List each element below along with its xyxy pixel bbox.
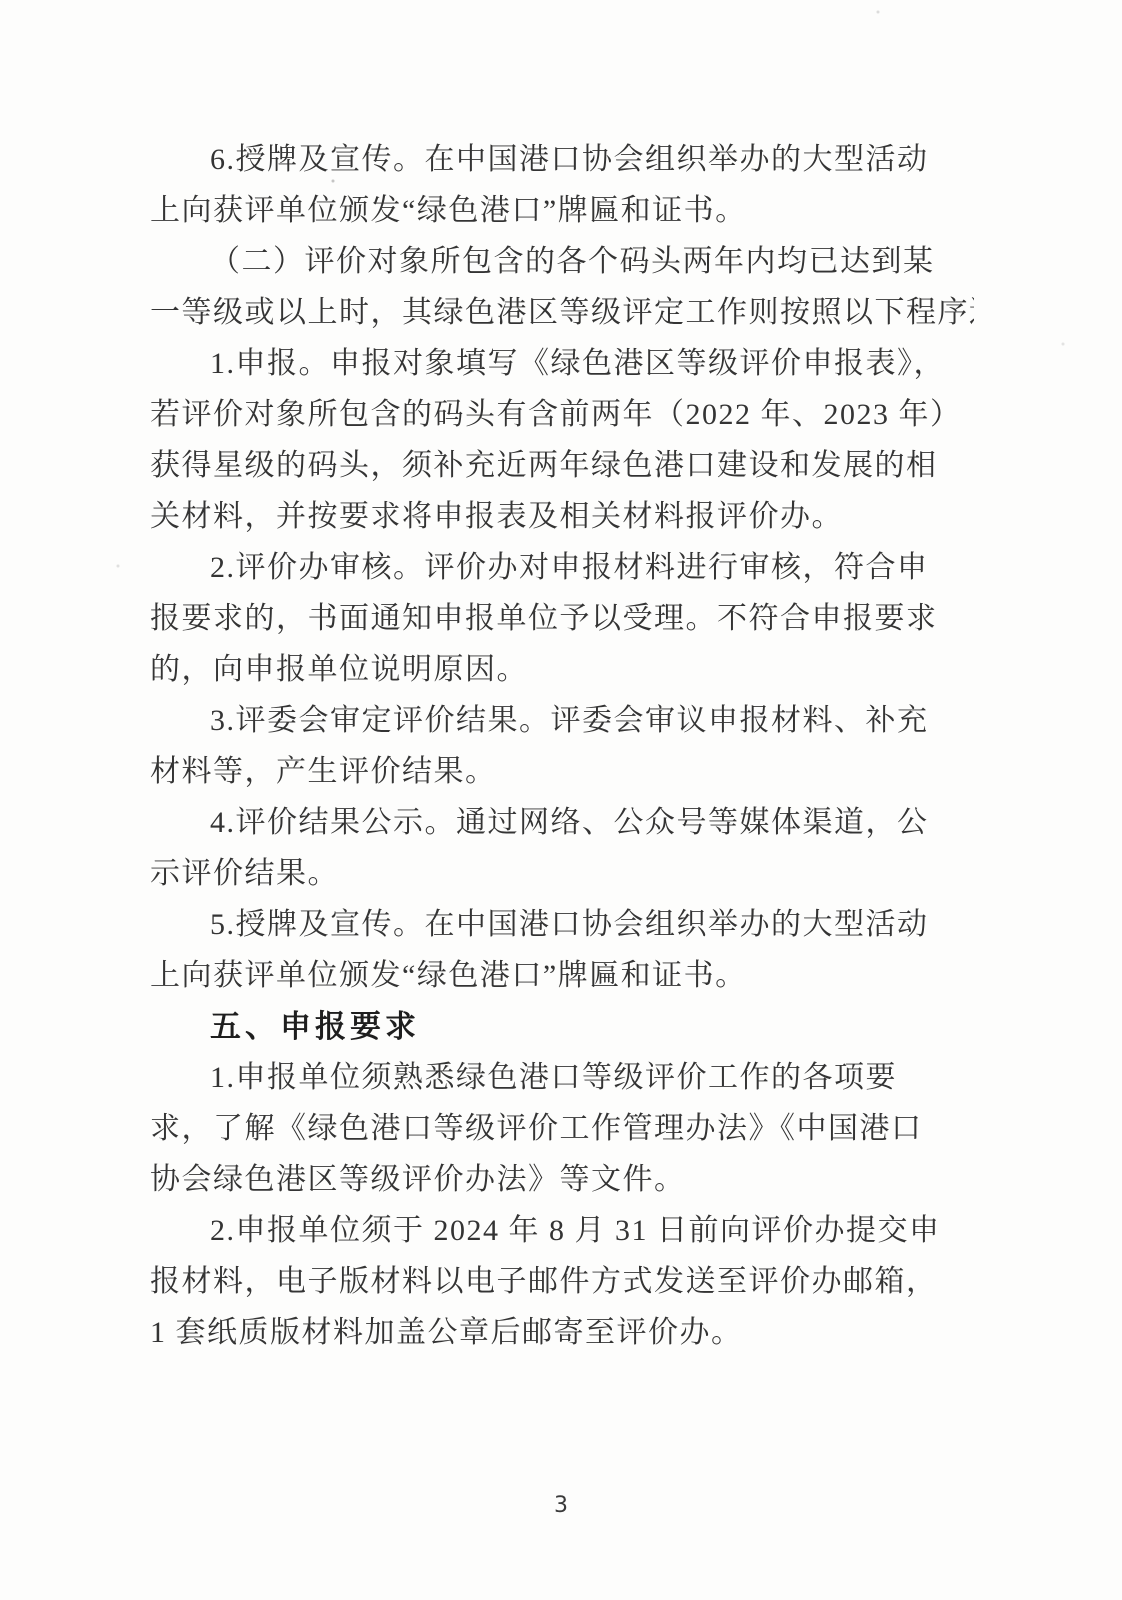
text-line: 获得星级的码头，须补充近两年绿色港口建设和发展的相 [150,440,974,491]
text-line: 2.申报单位须于 2024 年 8 月 31 日前向评价办提交申 [150,1205,974,1256]
text-line: 示评价结果。 [150,848,974,899]
text-line: 4.评价结果公示。通过网络、公众号等媒体渠道，公 [150,797,974,848]
text-line: 5.授牌及宣传。在中国港口协会组织举办的大型活动 [150,899,974,950]
text-line: 2.评价办审核。评价办对申报材料进行审核，符合申 [150,542,974,593]
text-line: 关材料，并按要求将申报表及相关材料报评价办。 [150,491,974,542]
page-number: 3 [554,1493,568,1518]
text-line: 1.申报。申报对象填写《绿色港区等级评价申报表》， [150,338,974,389]
text-line: 1 套纸质版材料加盖公章后邮寄至评价办。 [150,1307,974,1358]
text-line: 3.评委会审定评价结果。评委会审议申报材料、补充 [150,695,974,746]
text-line: 报材料，电子版材料以电子邮件方式发送至评价办邮箱， [150,1256,974,1307]
text-line: （二）评价对象所包含的各个码头两年内均已达到某 [150,236,974,287]
text-line: 材料等，产生评价结果。 [150,746,974,797]
page-footer: 3 [0,1486,1122,1526]
text-line: 报要求的，书面通知申报单位予以受理。不符合申报要求 [150,593,974,644]
text-line: 若评价对象所包含的码头有含前两年（2022 年、2023 年） [150,389,974,440]
text-line: 求，了解《绿色港口等级评价工作管理办法》《中国港口 [150,1103,974,1154]
text-line: 上向获评单位颁发“绿色港口”牌匾和证书。 [150,950,974,1001]
text-line: 的，向申报单位说明原因。 [150,644,974,695]
text-line: 协会绿色港区等级评价办法》等文件。 [150,1154,974,1205]
text-line: 一等级或以上时，其绿色港区等级评定工作则按照以下程序进行： [150,287,974,338]
text-line: 1.申报单位须熟悉绿色港口等级评价工作的各项要 [150,1052,974,1103]
text-line: 6.授牌及宣传。在中国港口协会组织举办的大型活动 [150,134,974,185]
text-line: 上向获评单位颁发“绿色港口”牌匾和证书。 [150,185,974,236]
section-heading: 五、申报要求 [150,1001,974,1052]
document-body: 6.授牌及宣传。在中国港口协会组织举办的大型活动上向获评单位颁发“绿色港口”牌匾… [150,134,974,1358]
document-page: 6.授牌及宣传。在中国港口协会组织举办的大型活动上向获评单位颁发“绿色港口”牌匾… [0,0,1122,1600]
